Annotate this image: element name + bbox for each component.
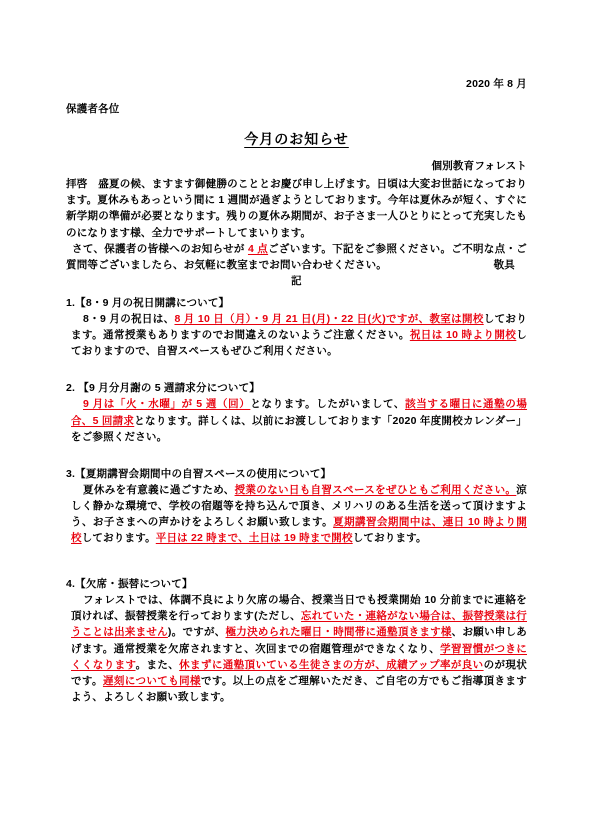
title-row: 今月のお知らせ bbox=[66, 128, 527, 152]
highlighted-text-run: 極力決められた曜日・時間帯に通塾頂きます様 bbox=[226, 626, 452, 638]
notice-text: さて、保護者の皆様へのお知らせが 4 点ございます。下記をご参照ください。ご不明… bbox=[66, 243, 527, 271]
document-date: 2020 年 8 月 bbox=[66, 76, 527, 92]
text-run: さて、保護者の皆様へのお知らせが bbox=[72, 243, 248, 255]
highlighted-text-run: 8 月 10 日（月）・9 月 21 日(月)・22 日(火)ですが、教室は開校 bbox=[174, 313, 483, 325]
notice-paragraph: さて、保護者の皆様へのお知らせが 4 点ございます。下記をご参照ください。ご不明… bbox=[66, 241, 527, 273]
section-3-heading: 3.【夏期講習会期間中の自習スペースの使用について】 bbox=[66, 466, 527, 482]
section-1-heading: 1.【8・9 月の祝日開講について】 bbox=[66, 295, 527, 311]
highlighted-text-run: 休まずに通塾頂いている生徒さまの方が、成績アップ率が良い bbox=[179, 659, 483, 671]
section-1-body: 8・9 月の祝日は、8 月 10 日（月）・9 月 21 日(月)・22 日(火… bbox=[71, 311, 527, 359]
text-run: となります。詳しくは、以前にお渡ししております「2020 年度開校カレンダー」を… bbox=[71, 415, 527, 443]
section-2-heading: 2. 【9 月分月謝の 5 週請求分について】 bbox=[66, 380, 527, 396]
highlighted-text-run: 遅刻についても同様 bbox=[103, 675, 201, 687]
text-run: 。また、 bbox=[136, 659, 180, 671]
text-run: 拝啓 盛夏の候、ますます御健勝のこととお慶び申し上げます。日頃は大変お世話になっ… bbox=[66, 178, 527, 238]
record-marker: 記 bbox=[66, 273, 527, 289]
section-absence-makeup: 4.【欠席・振替について】 フォレストでは、体調不良により欠席の場合、授業当日で… bbox=[66, 576, 527, 705]
recipient-line: 保護者各位 bbox=[66, 101, 527, 117]
section-4-heading: 4.【欠席・振替について】 bbox=[66, 576, 527, 592]
text-run: )。ですが、 bbox=[168, 626, 226, 638]
greeting-paragraph: 拝啓 盛夏の候、ますます御健勝のこととお慶び申し上げます。日頃は大変お世話になっ… bbox=[66, 176, 527, 240]
text-run: しております。 bbox=[353, 532, 427, 544]
section-holiday-opening: 1.【8・9 月の祝日開講について】 8・9 月の祝日は、8 月 10 日（月）… bbox=[66, 295, 527, 359]
text-run: 夏休みを有意義に過ごすため、 bbox=[83, 484, 235, 496]
closing-word: 敬具 bbox=[488, 257, 515, 273]
document-page: 2020 年 8 月 保護者各位 今月のお知らせ 個別教育フォレスト 拝啓 盛夏… bbox=[0, 0, 593, 840]
page-title: 今月のお知らせ bbox=[244, 131, 349, 147]
highlighted-text-run: 祝日は 10 時より開校 bbox=[410, 329, 516, 341]
text-run: 8・9 月の祝日は、 bbox=[83, 313, 174, 325]
text-run: となります。したがいまして、 bbox=[250, 398, 405, 410]
highlighted-text-run: 平日は 22 時まで、土日は 19 時まで開校 bbox=[156, 532, 353, 544]
highlighted-text-run: 授業のない日も自習スペースをぜひともご利用ください。 bbox=[235, 484, 517, 496]
section-2-body: 9 月は「火・水曜」が 5 週（回）となります。したがいまして、該当する曜日に通… bbox=[71, 396, 527, 444]
highlighted-text-run: 4 点 bbox=[248, 243, 268, 255]
section-3-body: 夏休みを有意義に過ごすため、授業のない日も自習スペースをぜひともご利用ください。… bbox=[71, 482, 527, 546]
section-tuition-5weeks: 2. 【9 月分月謝の 5 週請求分について】 9 月は「火・水曜」が 5 週（… bbox=[66, 380, 527, 444]
section-study-space: 3.【夏期講習会期間中の自習スペースの使用について】 夏休みを有意義に過ごすため… bbox=[66, 466, 527, 546]
section-4-body: フォレストでは、体調不良により欠席の場合、授業当日でも授業開始 10 分前までに… bbox=[71, 592, 527, 705]
text-run: しております。 bbox=[82, 532, 156, 544]
sender-name: 個別教育フォレスト bbox=[66, 158, 527, 174]
highlighted-text-run: 9 月は「火・水曜」が 5 週（回） bbox=[83, 398, 250, 410]
